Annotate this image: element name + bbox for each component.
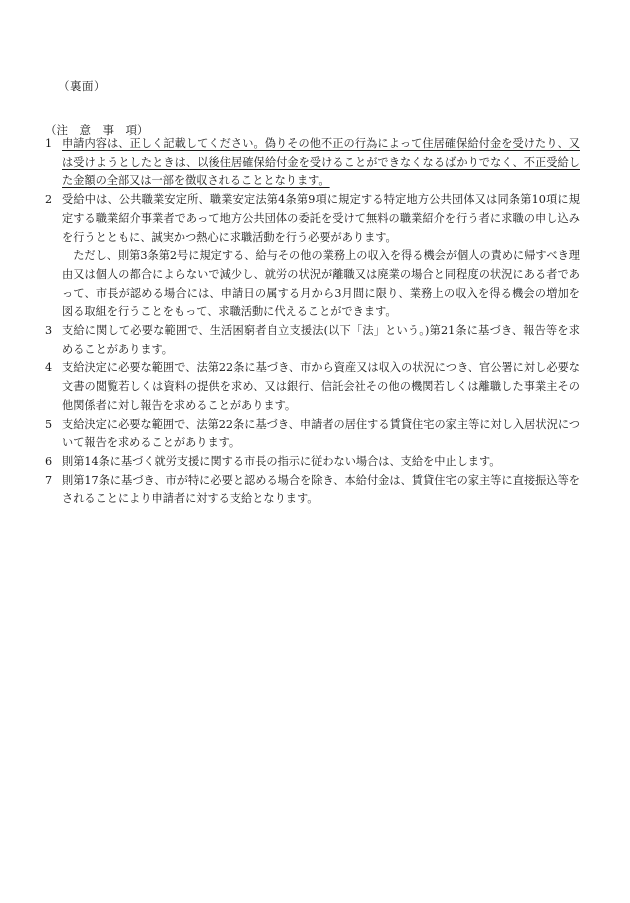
note-text: 則第17条に基づき、市が特に必要と認める場合を除き、本給付金は、賃貸住宅の家主等…	[62, 472, 580, 509]
note-item-5: 5 支給決定に必要な範囲で、法第22条に基づき、申請者の居住する賃貸住宅の家主等…	[45, 416, 580, 453]
note-number: 4	[45, 359, 62, 415]
note-text: 支給決定に必要な範囲で、法第22条に基づき、申請者の居住する賃貸住宅の家主等に対…	[62, 416, 580, 453]
note-number: 1	[45, 135, 62, 191]
reverse-side-label: （裏面）	[58, 78, 106, 94]
note-text-underlined: 申請内容は、正しく記載してください。偽りその他不正の行為によって住居確保給付金を…	[62, 135, 580, 191]
note-item-7: 7 則第17条に基づき、市が特に必要と認める場合を除き、本給付金は、賃貸住宅の家…	[45, 472, 580, 509]
notes-list: 1 申請内容は、正しく記載してください。偽りその他不正の行為によって住居確保給付…	[45, 135, 580, 509]
note-number: 7	[45, 472, 62, 509]
note-number: 2	[45, 191, 62, 322]
note-item-2: 2 受給中は、公共職業安定所、職業安定法第4条第9項に規定する特定地方公共団体又…	[45, 191, 580, 322]
note-number: 5	[45, 416, 62, 453]
document-page: （裏面） （注 意 事 項） 1 申請内容は、正しく記載してください。偽りその他…	[0, 0, 630, 903]
note-text: 則第14条に基づく就労支援に関する市長の指示に従わない場合は、支給を中止します。	[62, 453, 580, 472]
note-item-6: 6 則第14条に基づく就労支援に関する市長の指示に従わない場合は、支給を中止しま…	[45, 453, 580, 472]
note-text: 支給決定に必要な範囲で、法第22条に基づき、市から資産又は収入の状況につき、官公…	[62, 359, 580, 415]
note-number: 6	[45, 453, 62, 472]
note-text-proviso: ただし、則第3条第2号に規定する、給与その他の業務上の収入を得る機会が個人の責め…	[62, 247, 580, 322]
note-number: 3	[45, 322, 62, 359]
note-text: 支給に関して必要な範囲で、生活困窮者自立支援法(以下「法」という。)第21条に基…	[62, 322, 580, 359]
note-item-4: 4 支給決定に必要な範囲で、法第22条に基づき、市から資産又は収入の状況につき、…	[45, 359, 580, 415]
note-text: 受給中は、公共職業安定所、職業安定法第4条第9項に規定する特定地方公共団体又は同…	[62, 191, 580, 247]
note-item-1: 1 申請内容は、正しく記載してください。偽りその他不正の行為によって住居確保給付…	[45, 135, 580, 191]
note-item-3: 3 支給に関して必要な範囲で、生活困窮者自立支援法(以下「法」という。)第21条…	[45, 322, 580, 359]
